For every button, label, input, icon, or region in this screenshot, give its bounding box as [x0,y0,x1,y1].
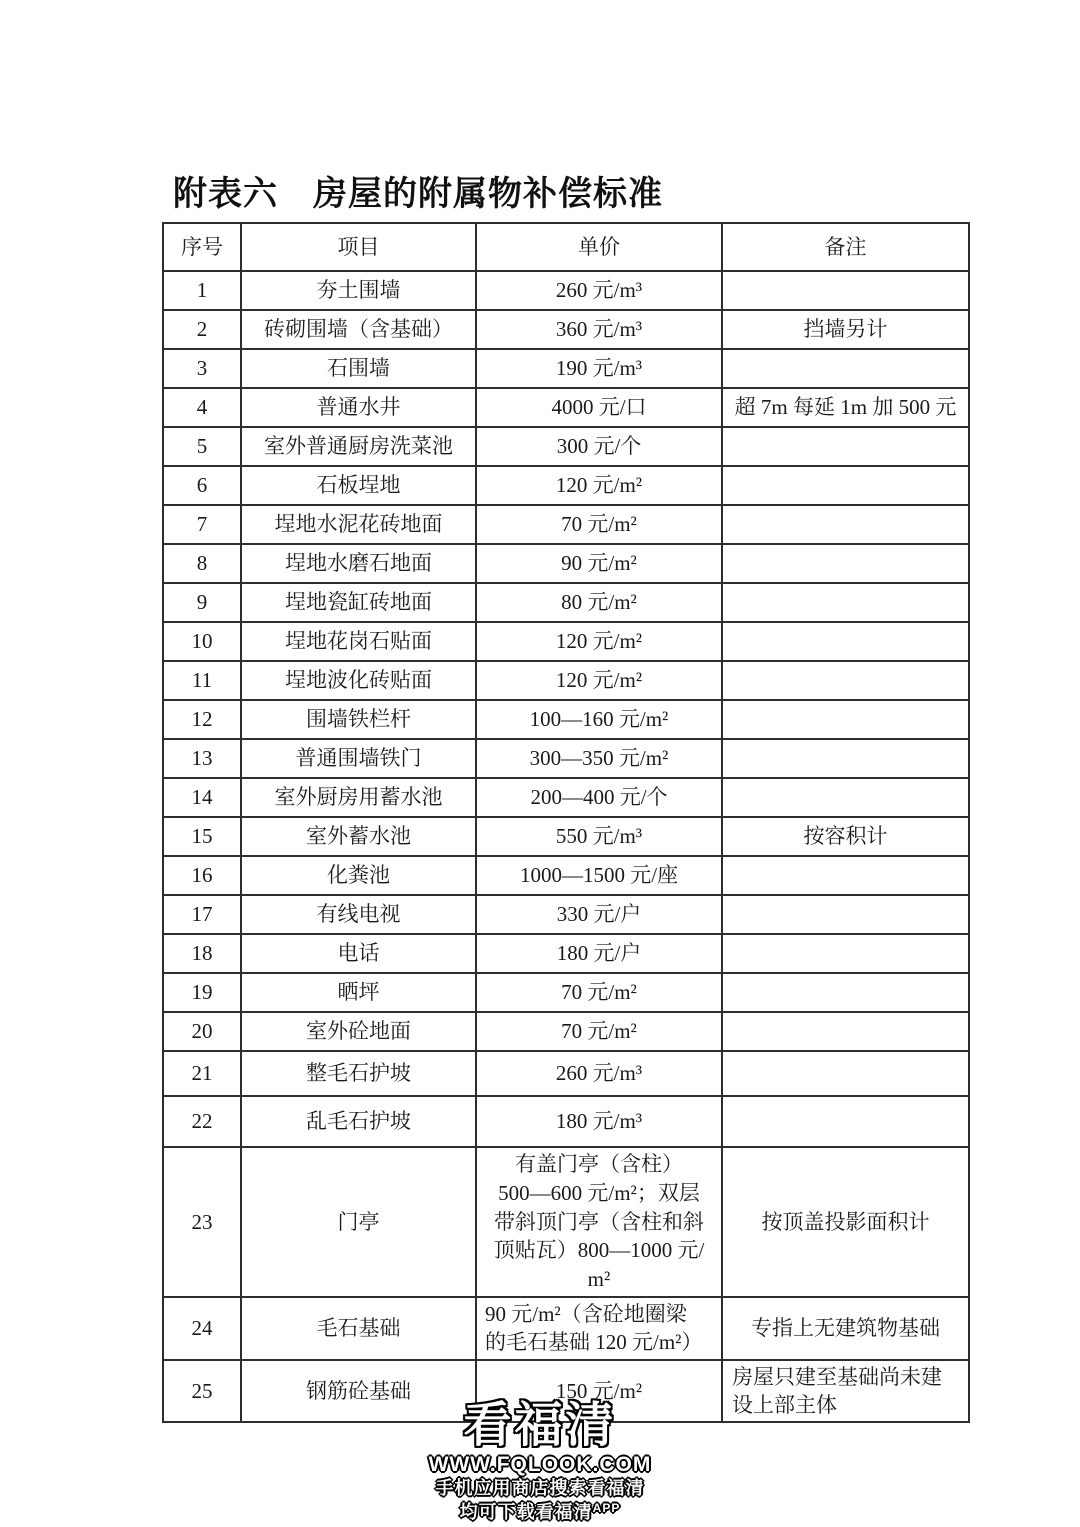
table-row: 8 埕地水磨石地面 90 元/m² [163,544,969,583]
remarks-cell [722,505,969,544]
remarks-cell [722,544,969,583]
table-header-row: 序号 项目 单价 备注 [163,223,969,271]
serial-number-cell: 16 [163,856,241,895]
item-cell: 埕地水泥花砖地面 [241,505,476,544]
remarks-cell: 超 7m 每延 1m 加 500 元 [722,388,969,427]
unit-price-cell: 300 元/个 [476,427,722,466]
unit-price-cell: 有盖门亭（含柱） 500—600 元/m²；双层 带斜顶门亭（含柱和斜 顶贴瓦）… [476,1147,722,1297]
serial-number-cell: 1 [163,271,241,310]
item-cell: 室外厨房用蓄水池 [241,778,476,817]
serial-number-cell: 17 [163,895,241,934]
remarks-cell [722,583,969,622]
remarks-cell [722,1012,969,1051]
unit-price-cell: 120 元/m² [476,466,722,505]
item-cell: 乱毛石护坡 [241,1096,476,1147]
unit-price-cell: 330 元/户 [476,895,722,934]
serial-number-cell: 14 [163,778,241,817]
item-cell: 埕地水磨石地面 [241,544,476,583]
remarks-cell [722,856,969,895]
serial-number-cell: 22 [163,1096,241,1147]
item-cell: 埕地花岗石贴面 [241,622,476,661]
serial-number-cell: 4 [163,388,241,427]
item-cell: 埕地瓷缸砖地面 [241,583,476,622]
header-item: 项目 [241,223,476,271]
serial-number-cell: 8 [163,544,241,583]
unit-price-cell: 80 元/m² [476,583,722,622]
table-row: 4 普通水井 4000 元/口 超 7m 每延 1m 加 500 元 [163,388,969,427]
watermark-tagline-2-text: 均可下载看福清 [460,1502,593,1522]
watermark-tagline-2: 均可下载看福清APP [0,1502,1080,1523]
remarks-cell [722,895,969,934]
serial-number-cell: 10 [163,622,241,661]
document-page: 附表六 房屋的附属物补偿标准 序号 项目 单价 备注 1 夯土围墙 260 元/… [0,0,1080,1527]
unit-price-cell: 100—160 元/m² [476,700,722,739]
item-cell: 电话 [241,934,476,973]
table-row: 17 有线电视 330 元/户 [163,895,969,934]
unit-price-cell: 180 元/m³ [476,1096,722,1147]
table-row: 10 埕地花岗石贴面 120 元/m² [163,622,969,661]
remarks-cell [722,973,969,1012]
table-row: 6 石板埕地 120 元/m² [163,466,969,505]
table-row: 9 埕地瓷缸砖地面 80 元/m² [163,583,969,622]
table-body: 1 夯土围墙 260 元/m³ 2 砖砌围墙（含基础） 360 元/m³ 挡墙另… [163,271,969,1422]
serial-number-cell: 20 [163,1012,241,1051]
table-row: 21 整毛石护坡 260 元/m³ [163,1051,969,1096]
item-cell: 室外普通厨房洗菜池 [241,427,476,466]
item-cell: 室外砼地面 [241,1012,476,1051]
table-row: 3 石围墙 190 元/m³ [163,349,969,388]
unit-price-cell: 360 元/m³ [476,310,722,349]
unit-price-cell: 90 元/m²（含砼地圈梁 的毛石基础 120 元/m²） [476,1297,722,1360]
item-cell: 普通围墙铁门 [241,739,476,778]
unit-price-cell: 70 元/m² [476,1012,722,1051]
table-row: 16 化粪池 1000—1500 元/座 [163,856,969,895]
serial-number-cell: 12 [163,700,241,739]
table-row: 1 夯土围墙 260 元/m³ [163,271,969,310]
remarks-cell: 按容积计 [722,817,969,856]
table-row: 2 砖砌围墙（含基础） 360 元/m³ 挡墙另计 [163,310,969,349]
item-cell: 砖砌围墙（含基础） [241,310,476,349]
header-unit-price: 单价 [476,223,722,271]
serial-number-cell: 3 [163,349,241,388]
unit-price-cell: 180 元/户 [476,934,722,973]
remarks-cell [722,622,969,661]
table-row: 11 埕地波化砖贴面 120 元/m² [163,661,969,700]
item-cell: 埕地波化砖贴面 [241,661,476,700]
remarks-cell [722,1096,969,1147]
header-serial-number: 序号 [163,223,241,271]
watermark: 看福清 WWW.FQLOOK.COM 手机应用商店搜索看福清 均可下载看福清AP… [0,1400,1080,1522]
remarks-cell: 专指上无建筑物基础 [722,1297,969,1360]
table-row: 14 室外厨房用蓄水池 200—400 元/个 [163,778,969,817]
unit-price-cell: 190 元/m³ [476,349,722,388]
table-row: 15 室外蓄水池 550 元/m³ 按容积计 [163,817,969,856]
table-row: 19 晒坪 70 元/m² [163,973,969,1012]
table-row: 5 室外普通厨房洗菜池 300 元/个 [163,427,969,466]
page-title: 附表六 房屋的附属物补偿标准 [173,166,663,215]
unit-price-cell: 70 元/m² [476,505,722,544]
serial-number-cell: 13 [163,739,241,778]
watermark-brand-logo: 看福清 [0,1400,1080,1453]
serial-number-cell: 15 [163,817,241,856]
unit-price-cell: 260 元/m³ [476,1051,722,1096]
table-row: 7 埕地水泥花砖地面 70 元/m² [163,505,969,544]
item-cell: 石板埕地 [241,466,476,505]
item-cell: 围墙铁栏杆 [241,700,476,739]
remarks-cell [722,700,969,739]
watermark-website-url: WWW.FQLOOK.COM [0,1453,1080,1476]
unit-price-cell: 90 元/m² [476,544,722,583]
item-cell: 化粪池 [241,856,476,895]
compensation-table: 序号 项目 单价 备注 1 夯土围墙 260 元/m³ 2 砖砌围墙（含基础） … [162,222,970,1423]
remarks-cell [722,271,969,310]
watermark-app-suffix: APP [593,1501,621,1515]
remarks-cell [722,427,969,466]
serial-number-cell: 18 [163,934,241,973]
remarks-cell: 挡墙另计 [722,310,969,349]
table-row: 13 普通围墙铁门 300—350 元/m² [163,739,969,778]
table-row: 18 电话 180 元/户 [163,934,969,973]
serial-number-cell: 9 [163,583,241,622]
unit-price-cell: 300—350 元/m² [476,739,722,778]
table-row: 12 围墙铁栏杆 100—160 元/m² [163,700,969,739]
serial-number-cell: 23 [163,1147,241,1297]
item-cell: 普通水井 [241,388,476,427]
unit-price-cell: 120 元/m² [476,622,722,661]
remarks-cell [722,778,969,817]
unit-price-cell: 260 元/m³ [476,271,722,310]
remarks-cell [722,349,969,388]
unit-price-cell: 1000—1500 元/座 [476,856,722,895]
table-row: 22 乱毛石护坡 180 元/m³ [163,1096,969,1147]
remarks-cell [722,1051,969,1096]
unit-price-cell: 550 元/m³ [476,817,722,856]
unit-price-cell: 70 元/m² [476,973,722,1012]
serial-number-cell: 7 [163,505,241,544]
serial-number-cell: 5 [163,427,241,466]
remarks-cell [722,661,969,700]
remarks-cell [722,934,969,973]
item-cell: 门亭 [241,1147,476,1297]
unit-price-cell: 120 元/m² [476,661,722,700]
unit-price-cell: 4000 元/口 [476,388,722,427]
table-row: 23 门亭 有盖门亭（含柱） 500—600 元/m²；双层 带斜顶门亭（含柱和… [163,1147,969,1297]
serial-number-cell: 11 [163,661,241,700]
item-cell: 室外蓄水池 [241,817,476,856]
serial-number-cell: 19 [163,973,241,1012]
unit-price-cell: 200—400 元/个 [476,778,722,817]
item-cell: 夯土围墙 [241,271,476,310]
remarks-cell: 按顶盖投影面积计 [722,1147,969,1297]
watermark-tagline-1: 手机应用商店搜索看福清 [0,1479,1080,1499]
header-remarks: 备注 [722,223,969,271]
serial-number-cell: 2 [163,310,241,349]
serial-number-cell: 6 [163,466,241,505]
table-row: 24 毛石基础 90 元/m²（含砼地圈梁 的毛石基础 120 元/m²） 专指… [163,1297,969,1360]
item-cell: 晒坪 [241,973,476,1012]
item-cell: 有线电视 [241,895,476,934]
item-cell: 整毛石护坡 [241,1051,476,1096]
remarks-cell [722,739,969,778]
item-cell: 石围墙 [241,349,476,388]
serial-number-cell: 21 [163,1051,241,1096]
item-cell: 毛石基础 [241,1297,476,1360]
remarks-cell [722,466,969,505]
table-row: 20 室外砼地面 70 元/m² [163,1012,969,1051]
serial-number-cell: 24 [163,1297,241,1360]
